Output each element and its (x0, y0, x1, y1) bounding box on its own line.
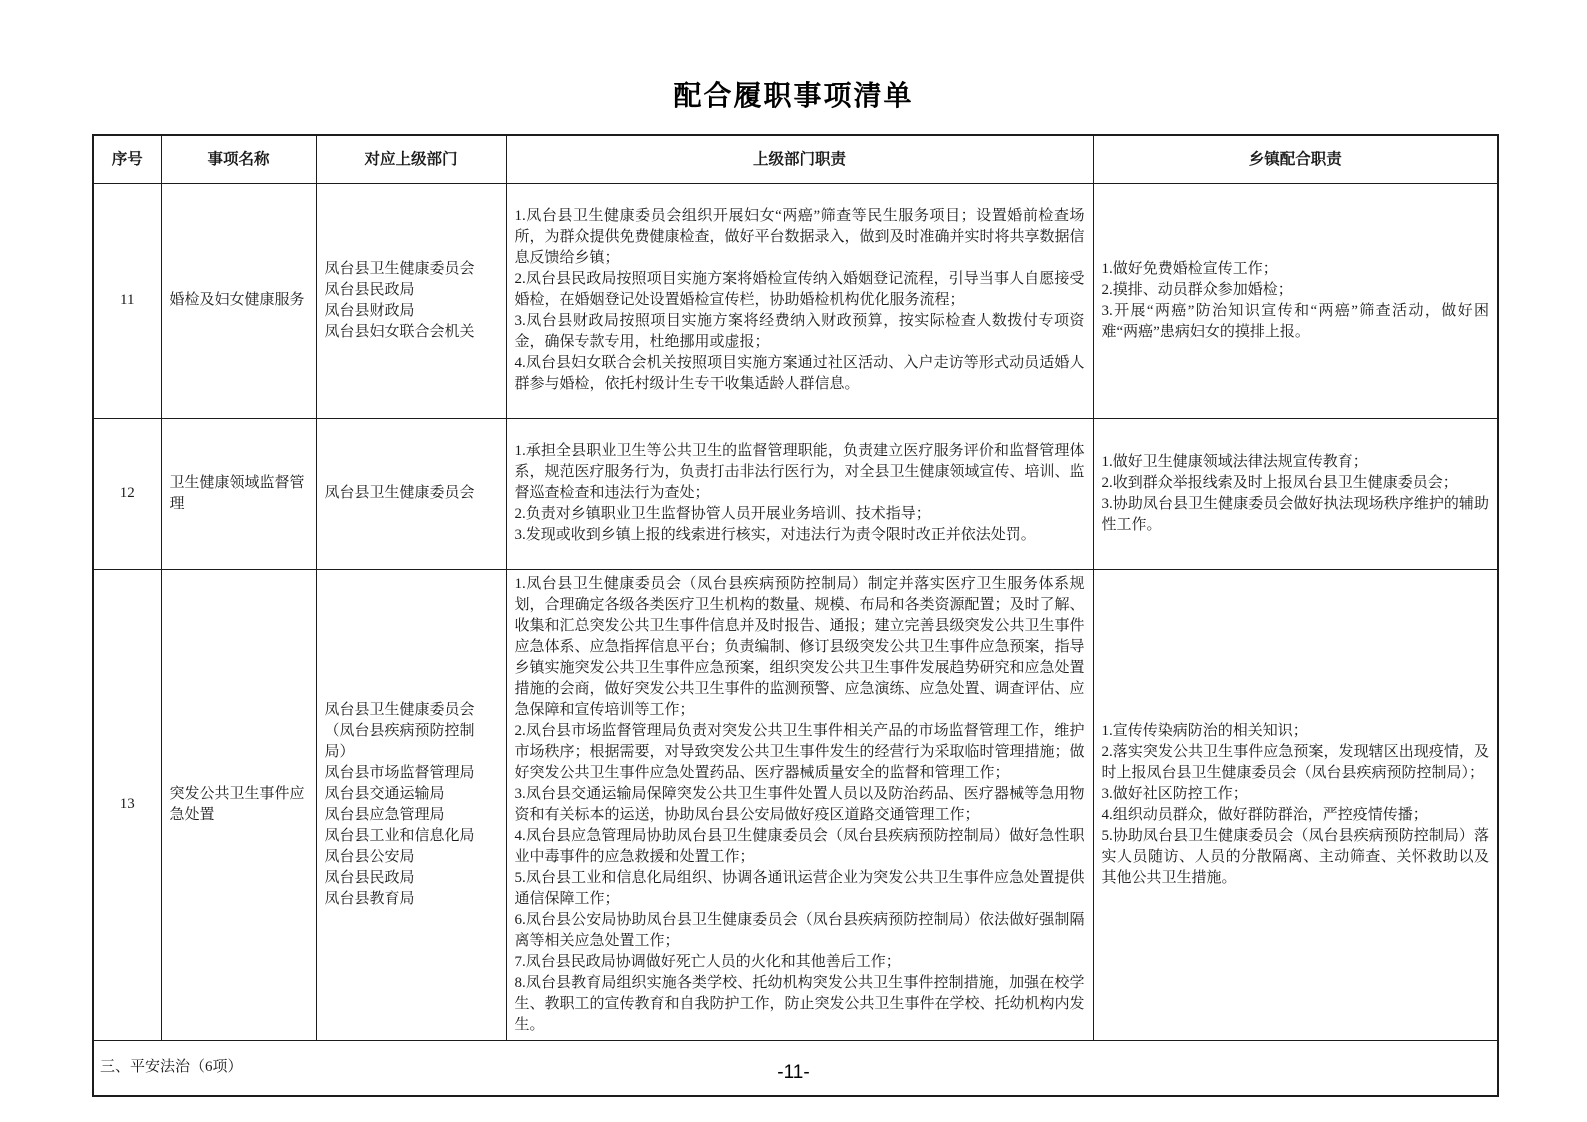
item-name: 突发公共卫生事件应急处置 (161, 569, 316, 1040)
township-duties: 1.宣传传染病防治的相关知识； 2.落实突发公共卫生事件应急预案，发现辖区出现疫… (1093, 569, 1498, 1040)
township-duties: 1.做好卫生健康领域法律法规宣传教育； 2.收到群众举报线索及时上报凤台县卫生健… (1093, 418, 1498, 569)
header-item-name: 事项名称 (161, 135, 316, 183)
table-row: 12 卫生健康领域监督管理 凤台县卫生健康委员会 1.承担全县职业卫生等公共卫生… (93, 418, 1498, 569)
superior-duties: 1.承担全县职业卫生等公共卫生的监督管理职能，负责建立医疗服务评价和监督管理体系… (506, 418, 1093, 569)
departments: 凤台县卫生健康委员会（凤台县疾病预防控制局） 凤台县市场监督管理局 凤台县交通运… (316, 569, 506, 1040)
superior-duties: 1.凤台县卫生健康委员会（凤台县疾病预防控制局）制定并落实医疗卫生服务体系规划，… (506, 569, 1093, 1040)
row-index: 11 (93, 183, 161, 418)
item-name: 婚检及妇女健康服务 (161, 183, 316, 418)
item-name: 卫生健康领域监督管理 (161, 418, 316, 569)
row-index: 13 (93, 569, 161, 1040)
header-superior-duties: 上级部门职责 (506, 135, 1093, 183)
departments: 凤台县卫生健康委员会 凤台县民政局 凤台县财政局 凤台县妇女联合会机关 (316, 183, 506, 418)
page-number: -11- (0, 1062, 1587, 1084)
row-index: 12 (93, 418, 161, 569)
header-township-duties: 乡镇配合职责 (1093, 135, 1498, 183)
township-duties: 1.做好免费婚检宣传工作； 2.摸排、动员群众参加婚检； 3.开展“两癌”防治知… (1093, 183, 1498, 418)
page-title: 配合履职事项清单 (0, 74, 1587, 114)
superior-duties: 1.凤台县卫生健康委员会组织开展妇女“两癌”筛查等民生服务项目；设置婚前检查场所… (506, 183, 1093, 418)
duty-table: 序号 事项名称 对应上级部门 上级部门职责 乡镇配合职责 11 婚检及妇女健康服… (92, 134, 1499, 1097)
table-row: 11 婚检及妇女健康服务 凤台县卫生健康委员会 凤台县民政局 凤台县财政局 凤台… (93, 183, 1498, 418)
table-header-row: 序号 事项名称 对应上级部门 上级部门职责 乡镇配合职责 (93, 135, 1498, 183)
header-index: 序号 (93, 135, 161, 183)
header-departments: 对应上级部门 (316, 135, 506, 183)
table-row: 13 突发公共卫生事件应急处置 凤台县卫生健康委员会（凤台县疾病预防控制局） 凤… (93, 569, 1498, 1040)
departments: 凤台县卫生健康委员会 (316, 418, 506, 569)
